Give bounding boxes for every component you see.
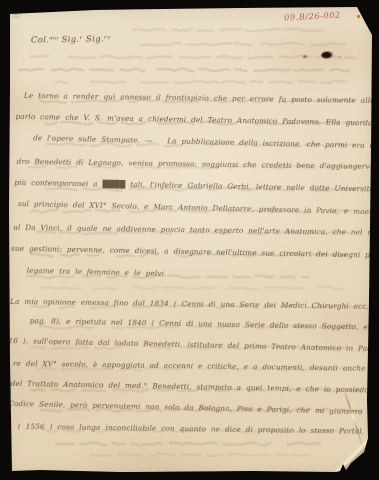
manuscript-line: 16 ), sull'opera fatta dal lodato Benede… bbox=[8, 336, 379, 354]
manuscript-line: al Da Vinci, il quale ne addivenne posci… bbox=[13, 223, 379, 238]
manuscript-line: Codice Senile, però pervenutemi non solo… bbox=[8, 399, 379, 417]
ink-speck bbox=[303, 55, 307, 58]
scan-background: 2 09.B/26-002 Col.ᵐᵒ Sig.ʳ Sig.ʳᵉ Le tor… bbox=[0, 0, 379, 480]
manuscript-line: ( 1556 ) cosa lunga inconciliabile con q… bbox=[18, 422, 365, 436]
manuscript-line: del Trattato Anatomico del med.° Benedet… bbox=[11, 379, 379, 396]
manuscript-line: de l'opere sulle Stampate. — La pubblica… bbox=[33, 133, 379, 152]
manuscript-lines: Le torno a render qui annesso il frontis… bbox=[2, 0, 379, 7]
manuscript-line: Le torno a render qui annesso il frontis… bbox=[24, 91, 379, 106]
manuscript-line: sul principio del XVI° Secolo, e Marc An… bbox=[18, 199, 379, 218]
manuscript-line: dro Benedetti di Legnago, veniva promoss… bbox=[17, 157, 379, 172]
manuscript-line: legame tra le femmine e le pelvi. bbox=[27, 266, 167, 278]
manuscript-line: più contemporanei a ████ tali, l'infelic… bbox=[14, 178, 379, 194]
manuscript-line: pag. 8), e ripetuta nel 1840 ( Cenni di … bbox=[30, 316, 379, 332]
ink-speck bbox=[338, 56, 341, 58]
manuscript-line: re del XV° secolo, è appoggiata ad accen… bbox=[13, 359, 379, 374]
manuscript-line: La mia opinione emessa fino dal 1834 ( C… bbox=[10, 297, 379, 312]
salutation-line: Col.ᵐᵒ Sig.ʳ Sig.ʳᵉ bbox=[31, 33, 111, 44]
manuscript-writing: Col.ᵐᵒ Sig.ʳ Sig.ʳᵉ Le torno a render qu… bbox=[0, 0, 379, 480]
manuscript-line: sue gestioni; pervenne, come dicesi, a d… bbox=[11, 244, 379, 260]
manuscript-line: parlo come che V. S. m'avea a chiedermi … bbox=[15, 112, 379, 129]
letter-paper: 2 09.B/26-002 Col.ᵐᵒ Sig.ʳ Sig.ʳᵉ Le tor… bbox=[0, 0, 379, 480]
